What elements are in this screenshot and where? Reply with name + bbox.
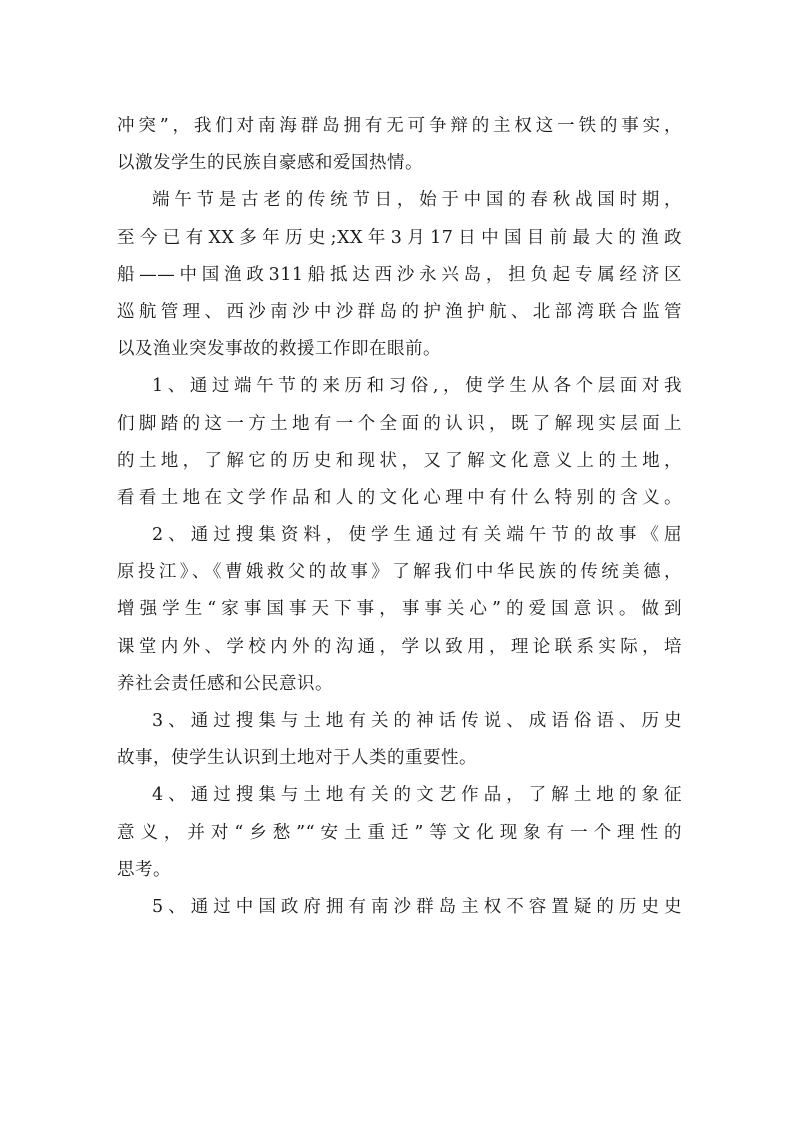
text-line: 以及渔业突发事故的救援工作即在眼前。 bbox=[117, 331, 682, 368]
text-line: 至今已有XX多年历史;XX年3月17日中国目前最大的渔政 bbox=[117, 220, 682, 257]
list-item-4-start: 4、通过搜集与土地有关的文艺作品，了解土地的象征 bbox=[117, 777, 682, 814]
list-item-2-start: 2、通过搜集资料，使学生通过有关端午节的故事《屈 bbox=[117, 517, 682, 554]
text-line: 原投江》、《曹娥救父的故事》了解我们中华民族的传统美德， bbox=[117, 554, 682, 591]
text-line: 冲突”，我们对南海群岛拥有无可争辩的主权这一铁的事实， bbox=[117, 108, 682, 145]
text-line: 增强学生“家事国事天下事，事事关心”的爱国意识。做到 bbox=[117, 591, 682, 628]
text-line: 们脚踏的这一方土地有一个全面的认识，既了解现实层面上 bbox=[117, 406, 682, 443]
document-page: 冲突”，我们对南海群岛拥有无可争辩的主权这一铁的事实， 以激发学生的民族自豪感和… bbox=[117, 108, 682, 926]
list-item-5-start: 5、通过中国政府拥有南沙群岛主权不容置疑的历史史 bbox=[117, 889, 682, 926]
list-item-1-start: 1、通过端午节的来历和习俗,，使学生从各个层面对我 bbox=[117, 368, 682, 405]
text-line: 巡航管理、西沙南沙中沙群岛的护渔护航、北部湾联合监管 bbox=[117, 294, 682, 331]
text-line: 养社会责任感和公民意识。 bbox=[117, 666, 682, 703]
text-line: 思考。 bbox=[117, 852, 682, 889]
text-line: 船——中国渔政311船抵达西沙永兴岛，担负起专属经济区 bbox=[117, 257, 682, 294]
text-line: 的土地，了解它的历史和现状，又了解文化意义上的土地， bbox=[117, 443, 682, 480]
text-line: 故事，使学生认识到土地对于人类的重要性。 bbox=[117, 740, 682, 777]
text-line: 以激发学生的民族自豪感和爱国热情。 bbox=[117, 145, 682, 182]
list-item-3-start: 3、通过搜集与土地有关的神话传说、成语俗语、历史 bbox=[117, 703, 682, 740]
text-line: 看看土地在文学作品和人的文化心理中有什么特别的含义。 bbox=[117, 480, 682, 517]
text-line: 意义，并对“乡愁”“安土重迁”等文化现象有一个理性的 bbox=[117, 815, 682, 852]
paragraph-start-line: 端午节是古老的传统节日，始于中国的春秋战国时期， bbox=[117, 182, 682, 219]
text-line: 课堂内外、学校内外的沟通，学以致用，理论联系实际，培 bbox=[117, 629, 682, 666]
